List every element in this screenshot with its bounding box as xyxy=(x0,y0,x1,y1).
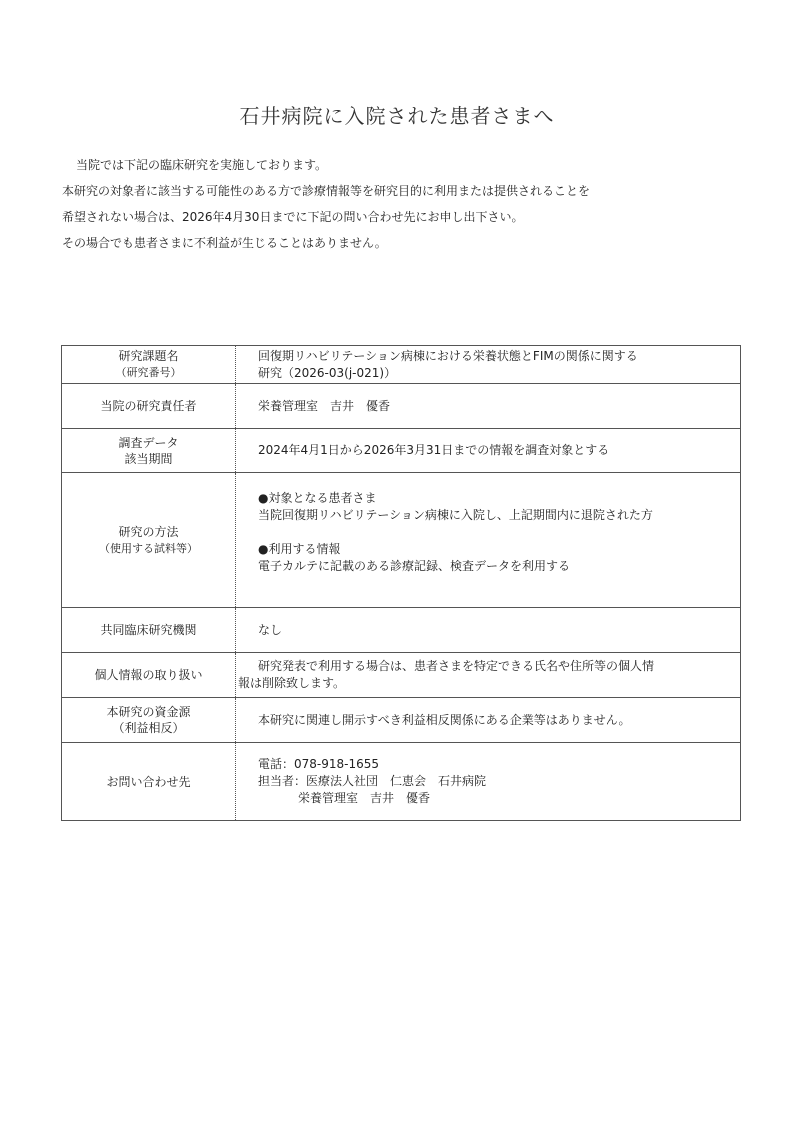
label-text: 研究課題名 xyxy=(118,349,178,363)
table-row-collaborating-institutions: 共同臨床研究機関 なし xyxy=(62,608,741,653)
row-label: 個人情報の取り扱い xyxy=(62,653,236,698)
label-text: 共同臨床研究機関 xyxy=(100,623,196,637)
row-label: 研究の方法 （使用する試料等） xyxy=(62,473,236,608)
contact-person: 担当者：医療法人社団 仁恵会 石井病院 xyxy=(258,773,732,790)
row-value: 研究発表で利用する場合は、患者さまを特定できる氏名や住所等の個人情 報は削除致し… xyxy=(236,653,741,698)
table-row-study-title: 研究課題名 （研究番号） 回復期リハビリテーション病棟における栄養状態とFIMの… xyxy=(62,346,741,384)
section-text-target-patients: 当院回復期リハビリテーション病棟に入院し、上記期間内に退院された方 xyxy=(258,507,732,524)
personal-info-line: 報は削除致します。 xyxy=(238,675,732,692)
row-label: 研究課題名 （研究番号） xyxy=(62,346,236,384)
row-value: なし xyxy=(236,608,741,653)
label-text-2: （利益相反） xyxy=(112,721,184,735)
intro-line: 希望されない場合は、2026年4月30日までに下記の問い合わせ先にお申し出下さい… xyxy=(62,204,742,230)
row-label: 本研究の資金源 （利益相反） xyxy=(62,698,236,743)
data-period-text: 2024年4月1日から2026年3月31日までの情報を調査対象とする xyxy=(258,443,609,457)
row-value: 栄養管理室 吉井 優香 xyxy=(236,384,741,429)
label-text-2: 該当期間 xyxy=(124,452,172,466)
intro-line: 本研究の対象者に該当する可能性のある方で診療情報等を研究目的に利用または提供され… xyxy=(62,178,742,204)
intro-line: その場合でも患者さまに不利益が生じることはありません。 xyxy=(62,230,742,256)
row-label: 当院の研究責任者 xyxy=(62,384,236,429)
row-label: お問い合わせ先 xyxy=(62,743,236,821)
label-subtext: （研究番号） xyxy=(116,366,182,379)
row-value: 本研究に関連し開示すべき利益相反関係にある企業等はありません。 xyxy=(236,698,741,743)
page-title: 石井病院に入院された患者さまへ xyxy=(0,100,794,129)
study-info-table: 研究課題名 （研究番号） 回復期リハビリテーション病棟における栄養状態とFIMの… xyxy=(61,345,741,821)
personal-info-line: 研究発表で利用する場合は、患者さまを特定できる氏名や住所等の個人情 xyxy=(238,658,732,675)
intro-notice: 当院では下記の臨床研究を実施しております。 本研究の対象者に該当する可能性のある… xyxy=(62,152,742,256)
section-text-used-info: 電子カルテに記載のある診療記録、検査データを利用する xyxy=(258,558,732,575)
label-text: 調査データ xyxy=(118,436,178,450)
table-row-data-period: 調査データ 該当期間 2024年4月1日から2026年3月31日までの情報を調査… xyxy=(62,429,741,473)
table-row-personal-info: 個人情報の取り扱い 研究発表で利用する場合は、患者さまを特定できる氏名や住所等の… xyxy=(62,653,741,698)
section-heading-used-info: ●利用する情報 xyxy=(258,541,732,558)
row-value: 電話：078-918-1655 担当者：医療法人社団 仁恵会 石井病院 栄養管理… xyxy=(236,743,741,821)
row-value: 回復期リハビリテーション病棟における栄養状態とFIMの関係に関する 研究（202… xyxy=(236,346,741,384)
study-title-line: 回復期リハビリテーション病棟における栄養状態とFIMの関係に関する xyxy=(258,349,638,363)
table-row-funding: 本研究の資金源 （利益相反） 本研究に関連し開示すべき利益相反関係にある企業等は… xyxy=(62,698,741,743)
label-text: お問い合わせ先 xyxy=(106,775,190,789)
spacer xyxy=(258,524,732,541)
row-label: 調査データ 該当期間 xyxy=(62,429,236,473)
row-label: 共同臨床研究機関 xyxy=(62,608,236,653)
label-text: 当院の研究責任者 xyxy=(100,399,196,413)
table-row-research-method: 研究の方法 （使用する試料等） ●対象となる患者さま 当院回復期リハビリテーショ… xyxy=(62,473,741,608)
row-value: ●対象となる患者さま 当院回復期リハビリテーション病棟に入院し、上記期間内に退院… xyxy=(236,473,741,608)
row-value: 2024年4月1日から2026年3月31日までの情報を調査対象とする xyxy=(236,429,741,473)
table-row-contact: お問い合わせ先 電話：078-918-1655 担当者：医療法人社団 仁恵会 石… xyxy=(62,743,741,821)
label-text: 本研究の資金源 xyxy=(106,705,190,719)
label-text: 個人情報の取り扱い xyxy=(94,668,202,682)
study-number-line: 研究（2026-03(j-021)） xyxy=(258,366,396,380)
section-heading-target-patients: ●対象となる患者さま xyxy=(258,490,732,507)
collaborating-institutions-value: なし xyxy=(258,623,282,637)
contact-phone: 電話：078-918-1655 xyxy=(258,756,732,773)
label-text: 研究の方法 xyxy=(118,525,178,539)
contact-department: 栄養管理室 吉井 優香 xyxy=(258,790,732,807)
table-row-principal-investigator: 当院の研究責任者 栄養管理室 吉井 優香 xyxy=(62,384,741,429)
funding-text: 本研究に関連し開示すべき利益相反関係にある企業等はありません。 xyxy=(258,713,630,727)
investigator-name: 栄養管理室 吉井 優香 xyxy=(258,399,390,413)
intro-line: 当院では下記の臨床研究を実施しております。 xyxy=(62,152,742,178)
label-subtext: （使用する試料等） xyxy=(99,542,198,555)
